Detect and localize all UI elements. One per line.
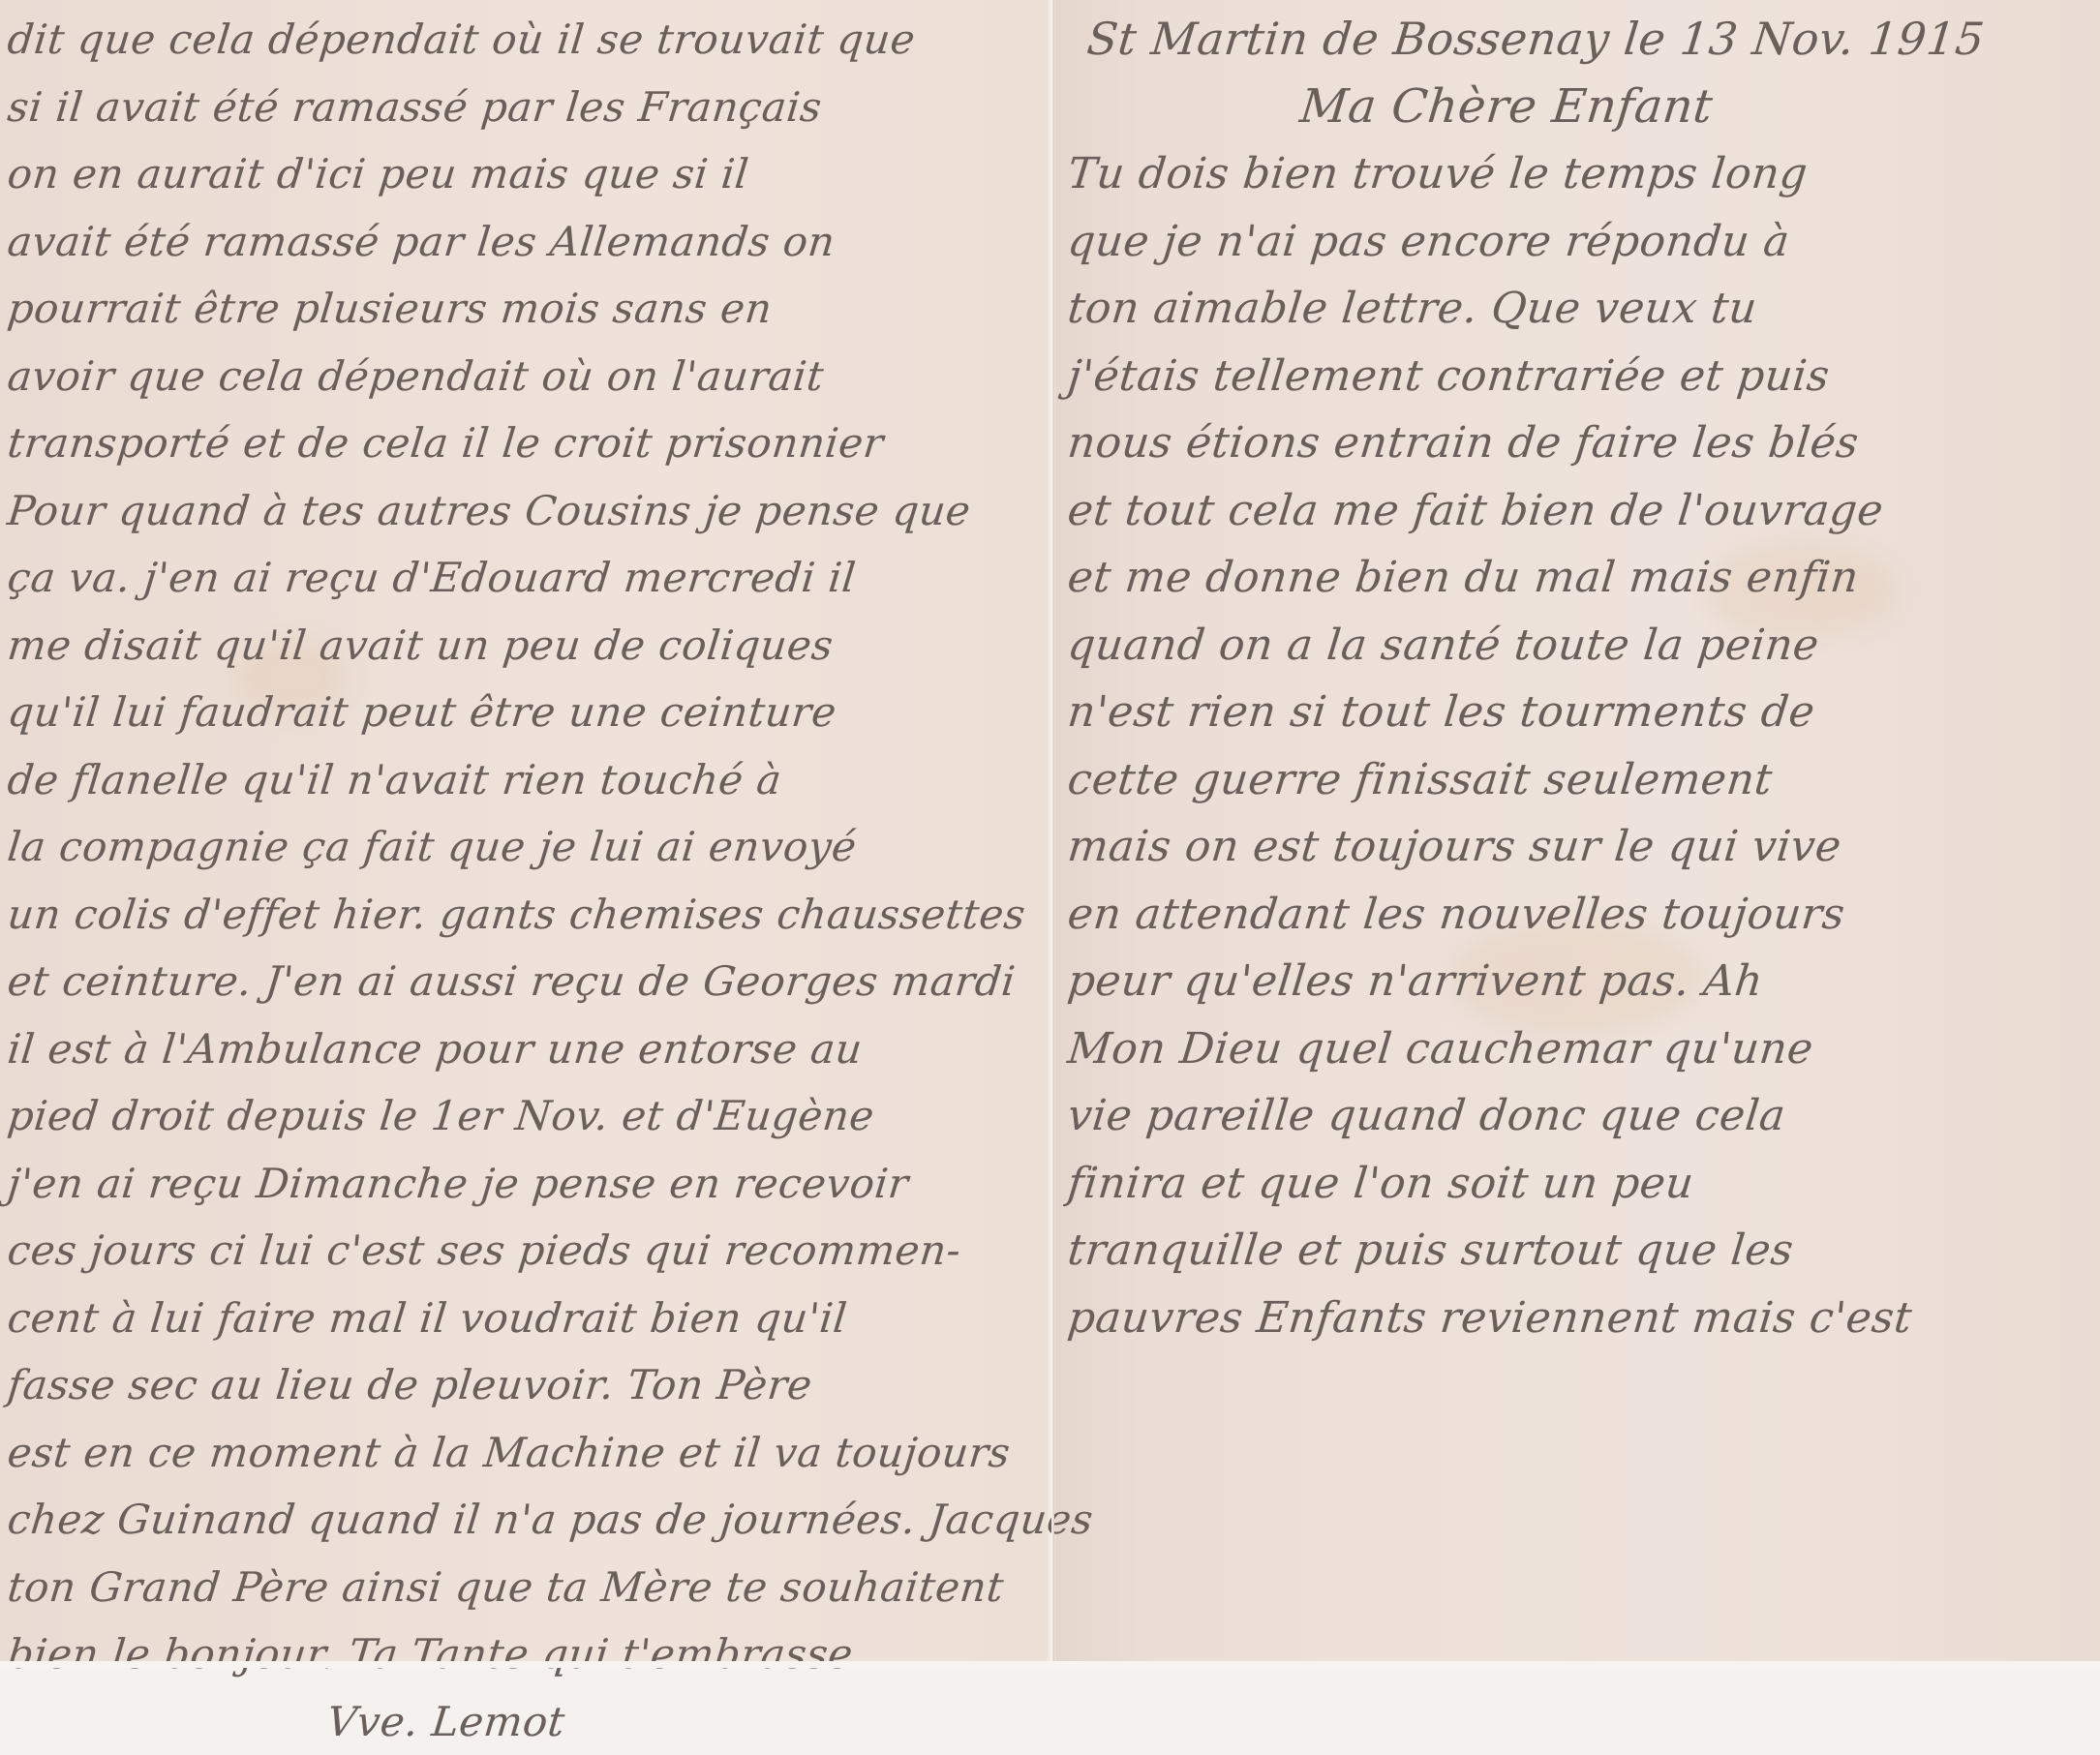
letter-line: et tout cela me fait bien de l'ouvrage <box>1064 477 2100 545</box>
letter-line: on en aurait d'ici peu mais que si il <box>4 140 1054 208</box>
letter-line: transporté et de cela il le croit prison… <box>4 409 1054 477</box>
letter-line: vie pareille quand donc que cela <box>1064 1082 2100 1150</box>
letter-line: tranquille et puis surtout que les <box>1064 1217 2100 1285</box>
letter-line: me disait qu'il avait un peu de coliques <box>4 612 1054 680</box>
letter-line: mais on est toujours sur le qui vive <box>1064 813 2100 881</box>
letter-line: de flanelle qu'il n'avait rien touché à <box>4 746 1054 814</box>
letter-line: peur qu'elles n'arrivent pas. Ah <box>1064 948 2100 1015</box>
letter-line: cette guerre finissait seulement <box>1064 746 2100 814</box>
letter-line: nous étions entrain de faire les blés <box>1064 409 2100 477</box>
letter-line: si il avait été ramassé par les Français <box>4 74 1054 141</box>
letter-line: ton Grand Père ainsi que ta Mère te souh… <box>4 1554 1054 1621</box>
letter-line: pauvres Enfants reviennent mais c'est <box>1064 1285 2100 1352</box>
letter-line: quand on a la santé toute la peine <box>1064 612 2100 680</box>
letter-line: chez Guinand quand il n'a pas de journée… <box>4 1486 1054 1554</box>
letter-line: ton aimable lettre. Que veux tu <box>1064 275 2100 343</box>
letter-line: la compagnie ça fait que je lui ai envoy… <box>4 813 1054 881</box>
letter-sheet: dit que cela dépendait où il se trouvait… <box>0 0 2100 1661</box>
letter-line: cent à lui faire mal il voudrait bien qu… <box>4 1285 1054 1352</box>
letter-line: finira et que l'on soit un peu <box>1064 1150 2100 1218</box>
letter-line: fasse sec au lieu de pleuvoir. Ton Père <box>4 1351 1054 1419</box>
letter-line: en attendant les nouvelles toujours <box>1064 881 2100 949</box>
letter-line: qu'il lui faudrait peut être une ceintur… <box>4 679 1054 746</box>
letter-line: Pour quand à tes autres Cousins je pense… <box>4 477 1054 545</box>
letter-line: est en ce moment à la Machine et il va t… <box>4 1419 1054 1487</box>
left-page: dit que cela dépendait où il se trouvait… <box>0 0 1051 1661</box>
letter-line: dit que cela dépendait où il se trouvait… <box>4 6 1054 74</box>
letter-line: Tu dois bien trouvé le temps long <box>1064 140 2100 208</box>
letter-line: j'en ai reçu Dimanche je pense en recevo… <box>4 1150 1054 1218</box>
letter-line: pied droit depuis le 1er Nov. et d'Eugèn… <box>4 1082 1054 1150</box>
right-page: St Martin de Bossenay le 13 Nov. 1915 Ma… <box>1054 0 2100 1661</box>
salutation: Ma Chère Enfant <box>1064 74 2100 141</box>
letter-line: n'est rien si tout les tourments de <box>1064 679 2100 746</box>
letter-line: j'étais tellement contrariée et puis <box>1064 343 2100 410</box>
letter-line: un colis d'effet hier. gants chemises ch… <box>4 881 1054 949</box>
letter-line: pourrait être plusieurs mois sans en <box>4 275 1054 343</box>
scan-edge <box>0 1661 2100 1668</box>
letter-line: ces jours ci lui c'est ses pieds qui rec… <box>4 1217 1054 1285</box>
letter-line: et me donne bien du mal mais enfin <box>1064 544 2100 612</box>
letter-line: Mon Dieu quel cauchemar qu'une <box>1064 1015 2100 1083</box>
letter-line: et ceinture. J'en ai aussi reçu de Georg… <box>4 948 1054 1015</box>
letter-line: avoir que cela dépendait où on l'aurait <box>4 343 1054 410</box>
letter-line: avait été ramassé par les Allemands on <box>4 208 1054 276</box>
letter-line: il est à l'Ambulance pour une entorse au <box>4 1015 1054 1083</box>
letter-header-date: St Martin de Bossenay le 13 Nov. 1915 <box>1064 6 2100 74</box>
letter-line: ça va. j'en ai reçu d'Edouard mercredi i… <box>4 544 1054 612</box>
letter-line: que je n'ai pas encore répondu à <box>1064 208 2100 276</box>
